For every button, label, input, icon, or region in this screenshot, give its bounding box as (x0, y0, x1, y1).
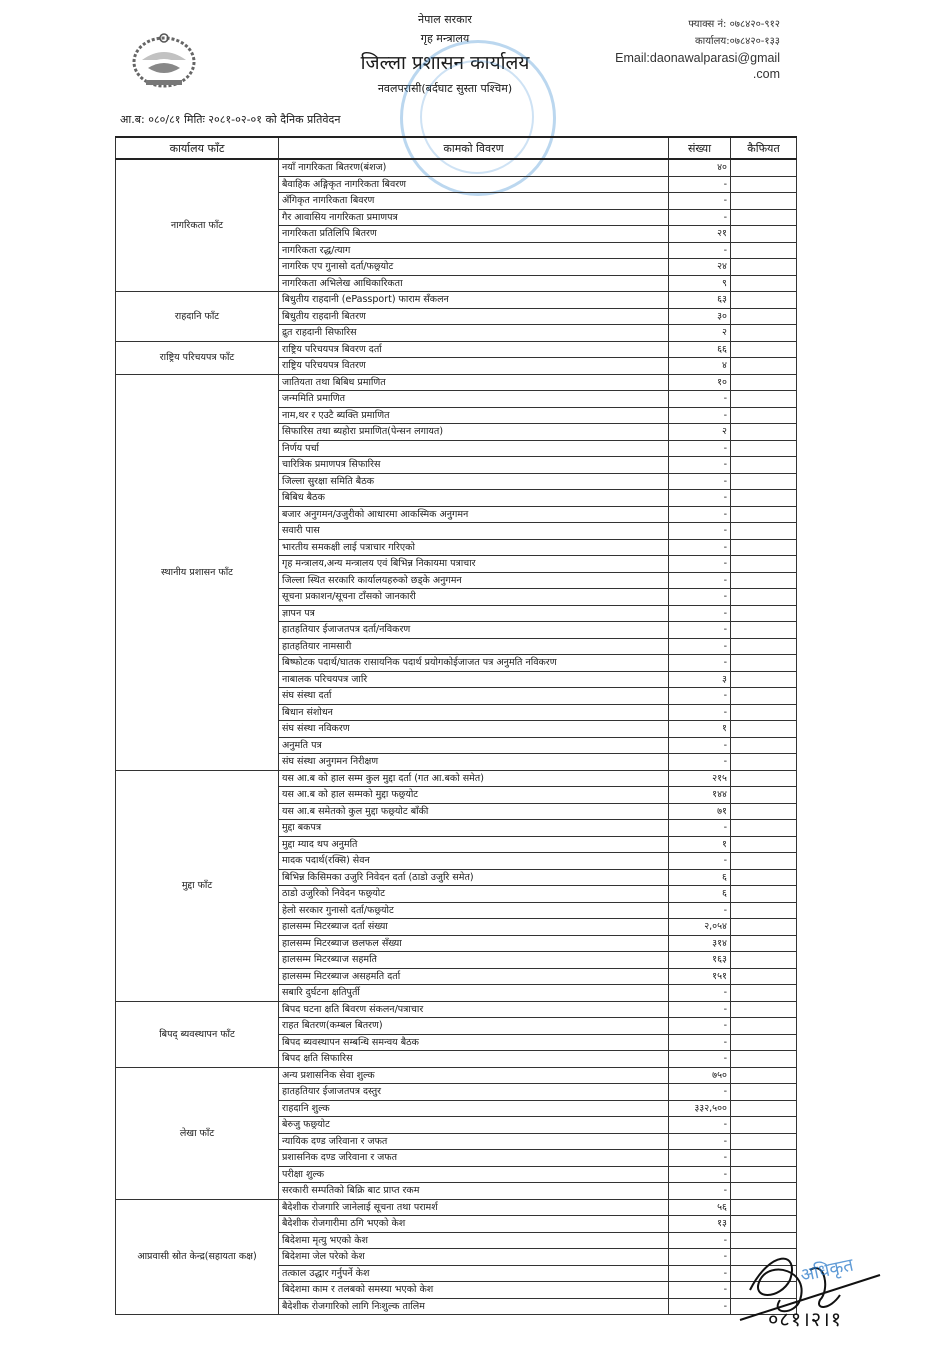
task-count: - (669, 1084, 731, 1101)
office-phone: कार्यालय:०७८४२०-१३३ (615, 33, 780, 50)
government-name: नेपाल सरकार (330, 10, 560, 30)
task-description: सरकारी सम्पतिको बिक्रि बाट प्राप्त रकम (279, 1183, 669, 1200)
task-description: सिफारिस तथा ब्यहोरा प्रमाणित(पेन्सन लगाय… (279, 424, 669, 441)
task-count: - (669, 737, 731, 754)
letterhead: नेपाल सरकार गृह मन्त्रालय जिल्ला प्रशासन… (330, 10, 560, 100)
task-count: - (669, 391, 731, 408)
task-description: हातहतियार ईजाजतपत्र दस्तुर (279, 1084, 669, 1101)
task-count: - (669, 638, 731, 655)
column-header-section: कार्यालय फाँट (116, 137, 279, 159)
remarks-cell (731, 968, 797, 985)
task-count: - (669, 209, 731, 226)
task-description: राहदानि शुल्क (279, 1100, 669, 1117)
task-count: १ (669, 836, 731, 853)
task-count: - (669, 622, 731, 639)
task-count: १४४ (669, 787, 731, 804)
task-description: बिधुतीय राहदानी बितरण (279, 308, 669, 325)
remarks-cell (731, 638, 797, 655)
column-header-remarks: कैफियत (731, 137, 797, 159)
section-name: राहदानि फाँट (116, 292, 279, 342)
task-count: ९ (669, 275, 731, 292)
task-count: - (669, 655, 731, 672)
task-description: बिदेशमा मृत्यु भएको केश (279, 1232, 669, 1249)
task-description: बिदेशमा काम र तलबको समस्या भएको केश (279, 1282, 669, 1299)
task-count: ५६ (669, 1199, 731, 1216)
remarks-cell (731, 1117, 797, 1134)
task-count: - (669, 1265, 731, 1282)
task-count: - (669, 572, 731, 589)
column-header-task: कामको विवरण (279, 137, 669, 159)
remarks-cell (731, 292, 797, 309)
task-description: नागरिकता अभिलेख आधिकारिकता (279, 275, 669, 292)
task-count: ७५० (669, 1067, 731, 1084)
remarks-cell (731, 985, 797, 1002)
task-count: - (669, 440, 731, 457)
section-name: आप्रवासी स्रोत केन्द्र(सहायता कक्ष) (116, 1199, 279, 1315)
remarks-cell (731, 622, 797, 639)
task-description: नाबालक परिचयपत्र जारि (279, 671, 669, 688)
task-count: - (669, 1001, 731, 1018)
task-count: - (669, 407, 731, 424)
task-description: यस आ.ब समेतको कुल मुद्दा फछ्र्योट बाँकी (279, 803, 669, 820)
task-count: - (669, 688, 731, 705)
signature-date: ०८१।२।१ (768, 1305, 842, 1332)
remarks-cell (731, 1067, 797, 1084)
remarks-cell (731, 605, 797, 622)
remarks-cell (731, 869, 797, 886)
task-description: बिभिन्न किसिमका उजुरि निवेदन दर्ता (ठाडो… (279, 869, 669, 886)
table-header-row: कार्यालय फाँट कामको विवरण संख्या कैफियत (116, 137, 797, 159)
task-description: हातहतियार ईजाजतपत्र दर्ता/नविकरण (279, 622, 669, 639)
task-description: अँगिकृत नागरिकता बिवरण (279, 193, 669, 210)
task-count: - (669, 242, 731, 259)
remarks-cell (731, 803, 797, 820)
task-description: नाम,थर र एउटै ब्यक्ति प्रमाणित (279, 407, 669, 424)
task-description: नागरिक एप गुनासो दर्ता/फछ्र्योट (279, 259, 669, 276)
remarks-cell (731, 308, 797, 325)
task-description: बिबिध बैठक (279, 490, 669, 507)
table-row: राहदानि फाँटबिधुतीय राहदानी (ePassport) … (116, 292, 797, 309)
task-description: गृह मन्त्रालय,अन्य मन्त्रालय एवं बिभिन्न… (279, 556, 669, 573)
task-count: १५१ (669, 968, 731, 985)
task-count: १ (669, 721, 731, 738)
task-count: २१५ (669, 770, 731, 787)
remarks-cell (731, 1199, 797, 1216)
remarks-cell (731, 259, 797, 276)
section-name: बिपद् ब्यवस्थापन फाँट (116, 1001, 279, 1067)
remarks-cell (731, 1166, 797, 1183)
office-name: जिल्ला प्रशासन कार्यालय (330, 48, 560, 78)
task-count: ७१ (669, 803, 731, 820)
task-description: बेरुजु फछ्र्योट (279, 1117, 669, 1134)
remarks-cell (731, 1084, 797, 1101)
remarks-cell (731, 1216, 797, 1233)
task-description: द्रुत राहदानी सिफारिस (279, 325, 669, 342)
task-count: ३१४ (669, 935, 731, 952)
task-count: ६३ (669, 292, 731, 309)
task-description: बिपद क्षति सिफारिस (279, 1051, 669, 1068)
task-description: मुद्दा म्याद थप अनुमति (279, 836, 669, 853)
section-name: लेखा फाँट (116, 1067, 279, 1199)
table-body: नागरिकता फाँटनयाँ नागरिकता बितरण(बंशज)४०… (116, 159, 797, 1315)
task-description: बैदेशीक रोजगारीमा ठगि भएको केश (279, 1216, 669, 1233)
task-description: मुद्दा बकपत्र (279, 820, 669, 837)
remarks-cell (731, 490, 797, 507)
task-count: - (669, 506, 731, 523)
remarks-cell (731, 820, 797, 837)
remarks-cell (731, 770, 797, 787)
task-description: निर्णय पर्चा (279, 440, 669, 457)
task-description: जिल्ला सुरक्षा समिति बैठक (279, 473, 669, 490)
remarks-cell (731, 1001, 797, 1018)
daily-report-table: कार्यालय फाँट कामको विवरण संख्या कैफियत … (115, 136, 797, 1315)
task-description: संघ संस्था नविकरण (279, 721, 669, 738)
remarks-cell (731, 523, 797, 540)
task-count: - (669, 605, 731, 622)
table-row: नागरिकता फाँटनयाँ नागरिकता बितरण(बंशज)४० (116, 159, 797, 176)
task-description: हालसम्म मिटरब्याज सहमति (279, 952, 669, 969)
task-count: - (669, 1183, 731, 1200)
task-count: २ (669, 424, 731, 441)
task-count: - (669, 1150, 731, 1167)
task-count: ३० (669, 308, 731, 325)
task-description: नागरिकता रद्ध/त्याग (279, 242, 669, 259)
remarks-cell (731, 209, 797, 226)
task-count: ६६ (669, 341, 731, 358)
remarks-cell (731, 935, 797, 952)
task-count: ६ (669, 886, 731, 903)
task-count: - (669, 556, 731, 573)
task-count: ६ (669, 869, 731, 886)
remarks-cell (731, 1183, 797, 1200)
task-count: - (669, 1166, 731, 1183)
remarks-cell (731, 242, 797, 259)
remarks-cell (731, 391, 797, 408)
task-description: राष्ट्रिय परिचयपत्र बिवरण दर्ता (279, 341, 669, 358)
task-count: - (669, 1249, 731, 1266)
district-name: नवलपरासी(बर्दघाट सुस्ता पश्चिम) (330, 78, 560, 100)
task-description: गैर आवासिय नागरिकता प्रमाणपत्र (279, 209, 669, 226)
task-description: ठाडो उजुरिको निवेदन फछ्र्योट (279, 886, 669, 903)
task-description: परीक्षा शुल्क (279, 1166, 669, 1183)
remarks-cell (731, 572, 797, 589)
fax-number: फ्याक्स नं: ०७८४२०-९१२ (615, 16, 780, 33)
task-description: अन्य प्रशासनिक सेवा शुल्क (279, 1067, 669, 1084)
remarks-cell (731, 473, 797, 490)
task-count: १० (669, 374, 731, 391)
section-name: नागरिकता फाँट (116, 159, 279, 292)
task-count: - (669, 473, 731, 490)
task-description: बैदेशीक रोजगारिको लागि निःशुल्क तालिम (279, 1298, 669, 1315)
section-name: राष्ट्रिय परिचयपत्र फाँट (116, 341, 279, 374)
task-description: बैदेशीक रोजगारि जानेलाई सूचना तथा परामर्… (279, 1199, 669, 1216)
remarks-cell (731, 1051, 797, 1068)
table-row: मुद्दा फाँटयस आ.ब को हाल सम्म कुल मुद्दा… (116, 770, 797, 787)
task-description: बिपद घटना क्षति बिवरण संकलन/पत्राचार (279, 1001, 669, 1018)
task-description: अनुमति पत्र (279, 737, 669, 754)
remarks-cell (731, 886, 797, 903)
task-description: नागरिकता प्रतिलिपि बितरण (279, 226, 669, 243)
table-row: राष्ट्रिय परिचयपत्र फाँटराष्ट्रिय परिचयप… (116, 341, 797, 358)
task-count: ४ (669, 358, 731, 375)
section-name: मुद्दा फाँट (116, 770, 279, 1001)
task-description: बिधान संशोधन (279, 704, 669, 721)
task-description: बजार अनुगमन/उजुरीको आधारमा आकस्मिक अनुगम… (279, 506, 669, 523)
nepal-emblem-icon (128, 30, 200, 92)
task-count: - (669, 1133, 731, 1150)
section-name: स्थानीय प्रशासन फाँट (116, 374, 279, 770)
task-description: यस आ.ब को हाल सम्म कुल मुद्दा दर्ता (गत … (279, 770, 669, 787)
task-count: २ (669, 325, 731, 342)
task-count: - (669, 1034, 731, 1051)
remarks-cell (731, 919, 797, 936)
task-description: हालसम्म मिटरब्याज दर्ता संख्या (279, 919, 669, 936)
remarks-cell (731, 556, 797, 573)
task-description: बिदेशमा जेल परेको केश (279, 1249, 669, 1266)
task-count: २४ (669, 259, 731, 276)
task-description: बिपद ब्यवस्थापन सम्बन्धि समन्वय बैठक (279, 1034, 669, 1051)
task-count: - (669, 1232, 731, 1249)
remarks-cell (731, 704, 797, 721)
remarks-cell (731, 836, 797, 853)
task-description: तत्काल उद्धार गर्नुपर्ने केश (279, 1265, 669, 1282)
remarks-cell (731, 754, 797, 771)
task-count: - (669, 754, 731, 771)
task-description: हालसम्म मिटरब्याज असहमति दर्ता (279, 968, 669, 985)
task-count: - (669, 457, 731, 474)
task-count: - (669, 985, 731, 1002)
task-count: - (669, 589, 731, 606)
remarks-cell (731, 1034, 797, 1051)
task-count: - (669, 1282, 731, 1299)
remarks-cell (731, 787, 797, 804)
task-description: हेलो सरकार गुनासो दर्ता/फछ्र्योट (279, 902, 669, 919)
task-count: - (669, 853, 731, 870)
email-line2: .com (615, 66, 780, 82)
report-title: आ.ब: ०८०/८१ मितिः २०८१-०२-०१ को दैनिक प्… (120, 112, 340, 127)
remarks-cell (731, 506, 797, 523)
task-count: १६३ (669, 952, 731, 969)
remarks-cell (731, 655, 797, 672)
task-description: प्रशासनिक दण्ड जरिवाना र जफत (279, 1150, 669, 1167)
task-description: राष्ट्रिय परिचयपत्र वितरण (279, 358, 669, 375)
remarks-cell (731, 1018, 797, 1035)
task-count: ४० (669, 159, 731, 176)
task-count: ३ (669, 671, 731, 688)
table-row: आप्रवासी स्रोत केन्द्र(सहायता कक्ष)बैदेश… (116, 1199, 797, 1216)
task-count: - (669, 1018, 731, 1035)
table-row: लेखा फाँटअन्य प्रशासनिक सेवा शुल्क७५० (116, 1067, 797, 1084)
task-description: भारतीय समकक्षी लाई पत्राचार गरिएको (279, 539, 669, 556)
task-description: बैवाहिक अङ्गिकृत नागरिकता बिवरण (279, 176, 669, 193)
task-description: सबारि दुर्घटना क्षतिपुर्ती (279, 985, 669, 1002)
remarks-cell (731, 589, 797, 606)
remarks-cell (731, 1100, 797, 1117)
task-description: जिल्ला स्थित सरकारि कार्यालयहरुको छड्के … (279, 572, 669, 589)
task-description: राहत बितरण(कम्बल बितरण) (279, 1018, 669, 1035)
remarks-cell (731, 424, 797, 441)
remarks-cell (731, 671, 797, 688)
task-count: - (669, 539, 731, 556)
task-description: ज्ञापन पत्र (279, 605, 669, 622)
remarks-cell (731, 902, 797, 919)
remarks-cell (731, 159, 797, 176)
remarks-cell (731, 737, 797, 754)
remarks-cell (731, 853, 797, 870)
remarks-cell (731, 1133, 797, 1150)
task-description: जन्ममिति प्रमाणित (279, 391, 669, 408)
table-row: बिपद् ब्यवस्थापन फाँटबिपद घटना क्षति बिव… (116, 1001, 797, 1018)
task-count: - (669, 704, 731, 721)
remarks-cell (731, 358, 797, 375)
task-description: सवारी पास (279, 523, 669, 540)
task-description: चारित्रिक प्रमाणपत्र सिफारिस (279, 457, 669, 474)
task-count: १३ (669, 1216, 731, 1233)
remarks-cell (731, 374, 797, 391)
remarks-cell (731, 226, 797, 243)
task-count: - (669, 490, 731, 507)
remarks-cell (731, 193, 797, 210)
task-count: - (669, 176, 731, 193)
task-description: सूचना प्रकाशन/सूचना टाँसको जानकारी (279, 589, 669, 606)
remarks-cell (731, 325, 797, 342)
task-count: - (669, 193, 731, 210)
remarks-cell (731, 539, 797, 556)
task-description: जातियता तथा बिबिध प्रमाणित (279, 374, 669, 391)
remarks-cell (731, 407, 797, 424)
contact-info: फ्याक्स नं: ०७८४२०-९१२ कार्यालय:०७८४२०-१… (615, 16, 780, 82)
email-line1: Email:daonawalparasi@gmail (615, 50, 780, 66)
task-count: - (669, 1051, 731, 1068)
remarks-cell (731, 688, 797, 705)
task-description: बिष्फोटक पदार्थ/घातक रासायनिक पदार्थ प्र… (279, 655, 669, 672)
task-description: हालसम्म मिटरब्याज छलफल सँख्या (279, 935, 669, 952)
task-count: २१ (669, 226, 731, 243)
task-description: मादक पदार्थ(रक्सि) सेवन (279, 853, 669, 870)
task-count: - (669, 1298, 731, 1315)
remarks-cell (731, 1150, 797, 1167)
task-count: - (669, 1117, 731, 1134)
task-description: संघ संस्था दर्ता (279, 688, 669, 705)
task-count: - (669, 523, 731, 540)
task-description: हातहतियार नामसारी (279, 638, 669, 655)
task-count: २,०५४ (669, 919, 731, 936)
ministry-name: गृह मन्त्रालय (330, 30, 560, 48)
remarks-cell (731, 440, 797, 457)
task-description: बिधुतीय राहदानी (ePassport) फाराम सँकलन (279, 292, 669, 309)
task-description: न्यायिक दण्ड जरिवाना र जफत (279, 1133, 669, 1150)
remarks-cell (731, 275, 797, 292)
task-description: नयाँ नागरिकता बितरण(बंशज) (279, 159, 669, 176)
task-count: - (669, 902, 731, 919)
remarks-cell (731, 721, 797, 738)
remarks-cell (731, 457, 797, 474)
task-count: - (669, 820, 731, 837)
task-count: ३३२,५०० (669, 1100, 731, 1117)
task-description: यस आ.ब को हाल सम्मको मुद्दा फछ्र्योट (279, 787, 669, 804)
task-description: संघ संस्था अनुगमन निरीक्षण (279, 754, 669, 771)
remarks-cell (731, 952, 797, 969)
column-header-count: संख्या (669, 137, 731, 159)
remarks-cell (731, 176, 797, 193)
table-row: स्थानीय प्रशासन फाँटजातियता तथा बिबिध प्… (116, 374, 797, 391)
remarks-cell (731, 341, 797, 358)
